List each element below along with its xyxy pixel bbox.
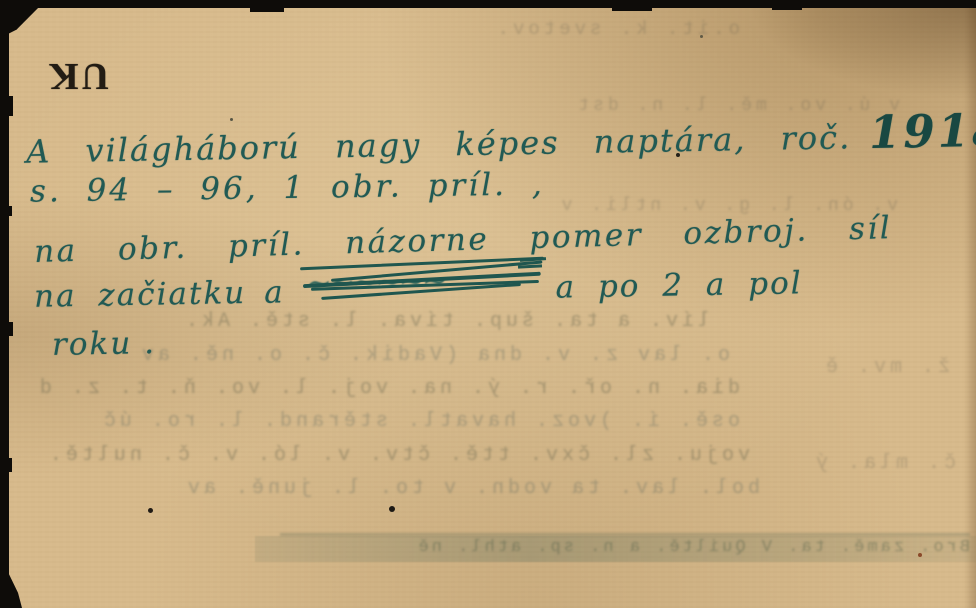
scan-corner-top-left [0,0,46,38]
bleedthrough-row: bol. lav. ta vodn. v to. l. juně. av [60,477,760,500]
scan-edge-bump [250,0,284,12]
ink-speck [918,553,922,557]
crossed-out-word: ~~~~~~ [302,266,538,302]
scan-edge-bump [0,322,13,336]
scan-edge-bump [612,0,652,11]
scan-edge-bump [772,0,802,10]
ink-speck [389,506,395,512]
note2-conjunction: a [264,274,285,310]
scanned-catalog-card: o.it. k. svetov. i v ú. vo. mě. l. n. ds… [0,0,976,608]
scan-corner-bottom-left [0,572,22,608]
bleedthrough-row: osě. í. )voz. havatl. stěrand. l. ro. úč [40,410,740,433]
handwritten-line-title: A világháború nagy képes naptára, roč. 1… [26,103,976,173]
ink-speck [700,35,703,38]
handwritten-line-pages: s. 94 – 96, 1 obr. príl. , [30,166,545,209]
note2-after: a po 2 a pol [555,265,803,305]
bleedthrough-side-fragment: č. mla. ý [756,452,956,475]
bottom-bleed-text: Bro. zamě. ta. V Quiltě. a n. sp. athl. … [280,538,970,557]
bleedthrough-row: dia. n. oř. r. ý. na. voj. l. vo. ň. t. … [40,377,740,400]
scan-edge-left [0,0,9,608]
scan-edge-bump [0,458,12,472]
note2-before: na začiatku [34,275,247,315]
handwritten-line-note3: roku . [52,325,157,363]
ink-speck [148,508,153,513]
scan-edge-top [0,0,976,8]
bleedthrough-row: voju. zl. čxv. ttě. čtv. v. ló. v. č. nu… [40,444,750,467]
library-stamp-uk: UK [46,54,109,98]
year-1918: 1918, [869,103,976,159]
bottom-bleed-line [280,533,970,536]
bleedthrough-side-fragment: ž. mv. ě [770,356,950,379]
handwritten-line-note2: na začiatku a ~~~~~~ a po 2 a pol [34,261,803,314]
scan-edge-bump [0,206,12,216]
scan-edge-bump [0,96,13,116]
card-right-edge-shadow [964,0,976,608]
card-corner-shadow [746,0,976,100]
title-text: A világháború nagy képes naptára, roč. [26,118,852,170]
